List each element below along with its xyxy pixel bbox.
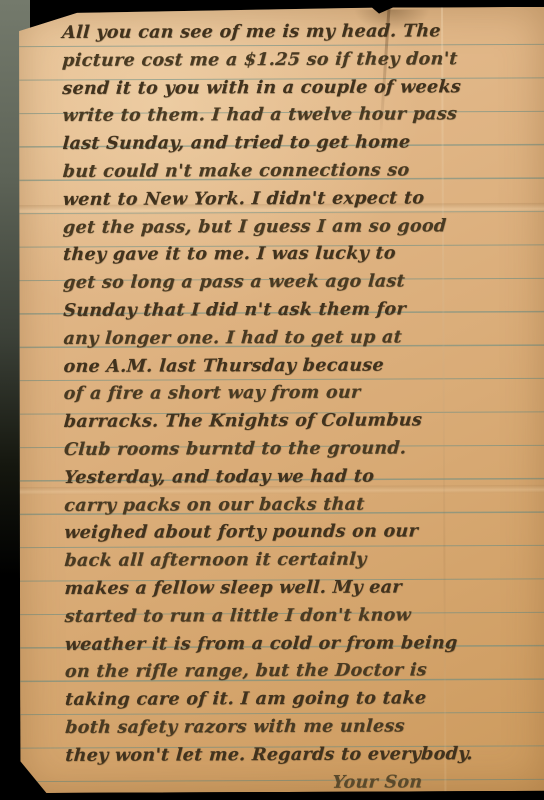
- letter-line: Yesterday, and today we had to: [63, 463, 540, 493]
- letter-line: carry packs on our backs that: [63, 490, 540, 520]
- letter-line: both safety razors with me unless: [64, 713, 541, 743]
- letter-line: on the rifle range, but the Doctor is: [64, 657, 541, 687]
- letter-line: went to New York. I didn't expect to: [62, 185, 539, 215]
- letter-line: of a fire a short way from our: [63, 379, 540, 409]
- letter-signature: Your Son: [64, 768, 541, 798]
- letter-line: Sunday that I did n't ask them for: [62, 296, 539, 326]
- letter-line: get the pass, but I guess I am so good: [62, 212, 539, 242]
- letter-line: any longer one. I had to get up at: [63, 324, 540, 354]
- letter-line: makes a fellow sleep well. My ear: [64, 574, 541, 604]
- letter-line: get so long a pass a week ago last: [62, 268, 539, 298]
- letter-line: back all afternoon it certainly: [63, 546, 540, 576]
- letter-line: write to them. I had a twelve hour pass: [62, 101, 539, 131]
- letter-line: Club rooms burntd to the ground.: [63, 435, 540, 465]
- letter-line: weather it is from a cold or from being: [64, 629, 541, 659]
- letter-line: last Sunday, and tried to get home: [62, 129, 539, 159]
- letter-line: picture cost me a $1.25 so if they don't: [61, 46, 538, 76]
- letter-line: started to run a little I don't know: [64, 602, 541, 632]
- letter-line: barracks. The Knights of Columbus: [63, 407, 540, 437]
- letter-line: they won't let me. Regards to everybody.: [64, 741, 541, 771]
- letter-line: one A.M. last Thursday because: [63, 351, 540, 381]
- letter-paper: All you can see of me is my head. The pi…: [17, 7, 544, 793]
- photograph-of-letter: All you can see of me is my head. The pi…: [0, 0, 544, 800]
- letter-line: send it to you with in a couple of weeks: [61, 73, 538, 103]
- letter-body: All you can see of me is my head. The pi…: [17, 7, 544, 793]
- letter-line: but could n't make connections so: [62, 157, 539, 187]
- letter-line: weighed about forty pounds on our: [63, 518, 540, 548]
- letter-line: All you can see of me is my head. The: [61, 18, 538, 48]
- letter-line: taking care of it. I am going to take: [64, 685, 541, 715]
- letter-line: they gave it to me. I was lucky to: [62, 240, 539, 270]
